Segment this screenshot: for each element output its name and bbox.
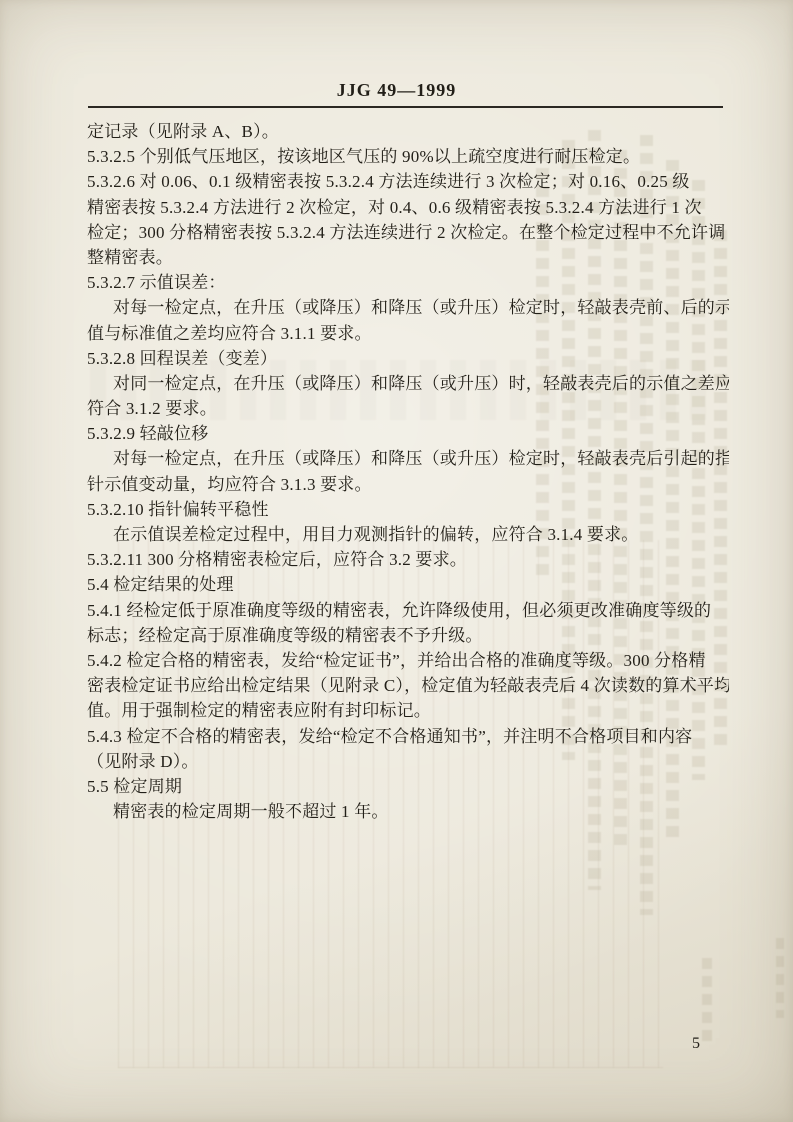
text-line: 针示值变动量，均应符合 3.1.3 要求。 <box>87 472 729 497</box>
text-line: 标志；经检定高于原准确度等级的精密表不予升级。 <box>87 623 729 648</box>
text-line: 对每一检定点，在升压（或降压）和降压（或升压）检定时，轻敲表壳后引起的指 <box>87 446 729 471</box>
text-line: 整精密表。 <box>87 245 729 270</box>
text-line: 5.3.2.6 对 0.06、0.1 级精密表按 5.3.2.4 方法连续进行 … <box>87 169 729 194</box>
text-line: 符合 3.1.2 要求。 <box>87 396 729 421</box>
text-line: 值与标准值之差均应符合 3.1.1 要求。 <box>87 321 729 346</box>
text-line: 精密表的检定周期一般不超过 1 年。 <box>87 799 729 824</box>
text-line: 5.3.2.9 轻敲位移 <box>87 421 729 446</box>
document-body: 定记录（见附录 A、B）。5.3.2.5 个别低气压地区，按该地区气压的 90%… <box>87 119 729 824</box>
text-line: 5.4.1 经检定低于原准确度等级的精密表，允许降级使用，但必须更改准确度等级的 <box>87 598 729 623</box>
text-line: 5.3.2.7 示值误差： <box>87 270 729 295</box>
text-line: 5.3.2.10 指针偏转平稳性 <box>87 497 729 522</box>
text-line: （见附录 D）。 <box>87 749 729 774</box>
text-line: 精密表按 5.3.2.4 方法进行 2 次检定，对 0.4、0.6 级精密表按 … <box>87 195 729 220</box>
text-line: 5.3.2.11 300 分格精密表检定后，应符合 3.2 要求。 <box>87 547 729 572</box>
text-line: 定记录（见附录 A、B）。 <box>87 119 729 144</box>
header-rule <box>88 106 723 108</box>
text-line: 5.4.3 检定不合格的精密表，发给“检定不合格通知书”，并注明不合格项目和内容 <box>87 724 729 749</box>
text-line: 5.5 检定周期 <box>87 774 729 799</box>
text-line: 5.3.2.5 个别低气压地区，按该地区气压的 90%以上疏空度进行耐压检定。 <box>87 144 729 169</box>
text-line: 密表检定证书应给出检定结果（见附录 C），检定值为轻敲表壳后 4 次读数的算术平… <box>87 673 729 698</box>
bleedthrough-column <box>702 958 712 1044</box>
text-line: 5.4.2 检定合格的精密表，发给“检定证书”，并给出合格的准确度等级。300 … <box>87 648 729 673</box>
text-line: 值。用于强制检定的精密表应附有封印标记。 <box>87 698 729 723</box>
text-line: 在示值误差检定过程中，用目力观测指针的偏转，应符合 3.1.4 要求。 <box>87 522 729 547</box>
bleedthrough-column <box>776 938 784 1018</box>
text-line: 对同一检定点，在升压（或降压）和降压（或升压）时，轻敲表壳后的示值之差应 <box>87 371 729 396</box>
scanned-document-page: JJG 49—1999 定记录（见附录 A、B）。5.3.2.5 个别低气压地区… <box>0 0 793 1122</box>
page-number: 5 <box>692 1035 700 1053</box>
running-header-standard-code: JJG 49—1999 <box>0 80 793 101</box>
text-line: 检定；300 分格精密表按 5.3.2.4 方法连续进行 2 次检定。在整个检定… <box>87 220 729 245</box>
text-line: 5.4 检定结果的处理 <box>87 572 729 597</box>
text-line: 5.3.2.8 回程误差（变差） <box>87 346 729 371</box>
text-line: 对每一检定点，在升压（或降压）和降压（或升压）检定时，轻敲表壳前、后的示 <box>87 295 729 320</box>
